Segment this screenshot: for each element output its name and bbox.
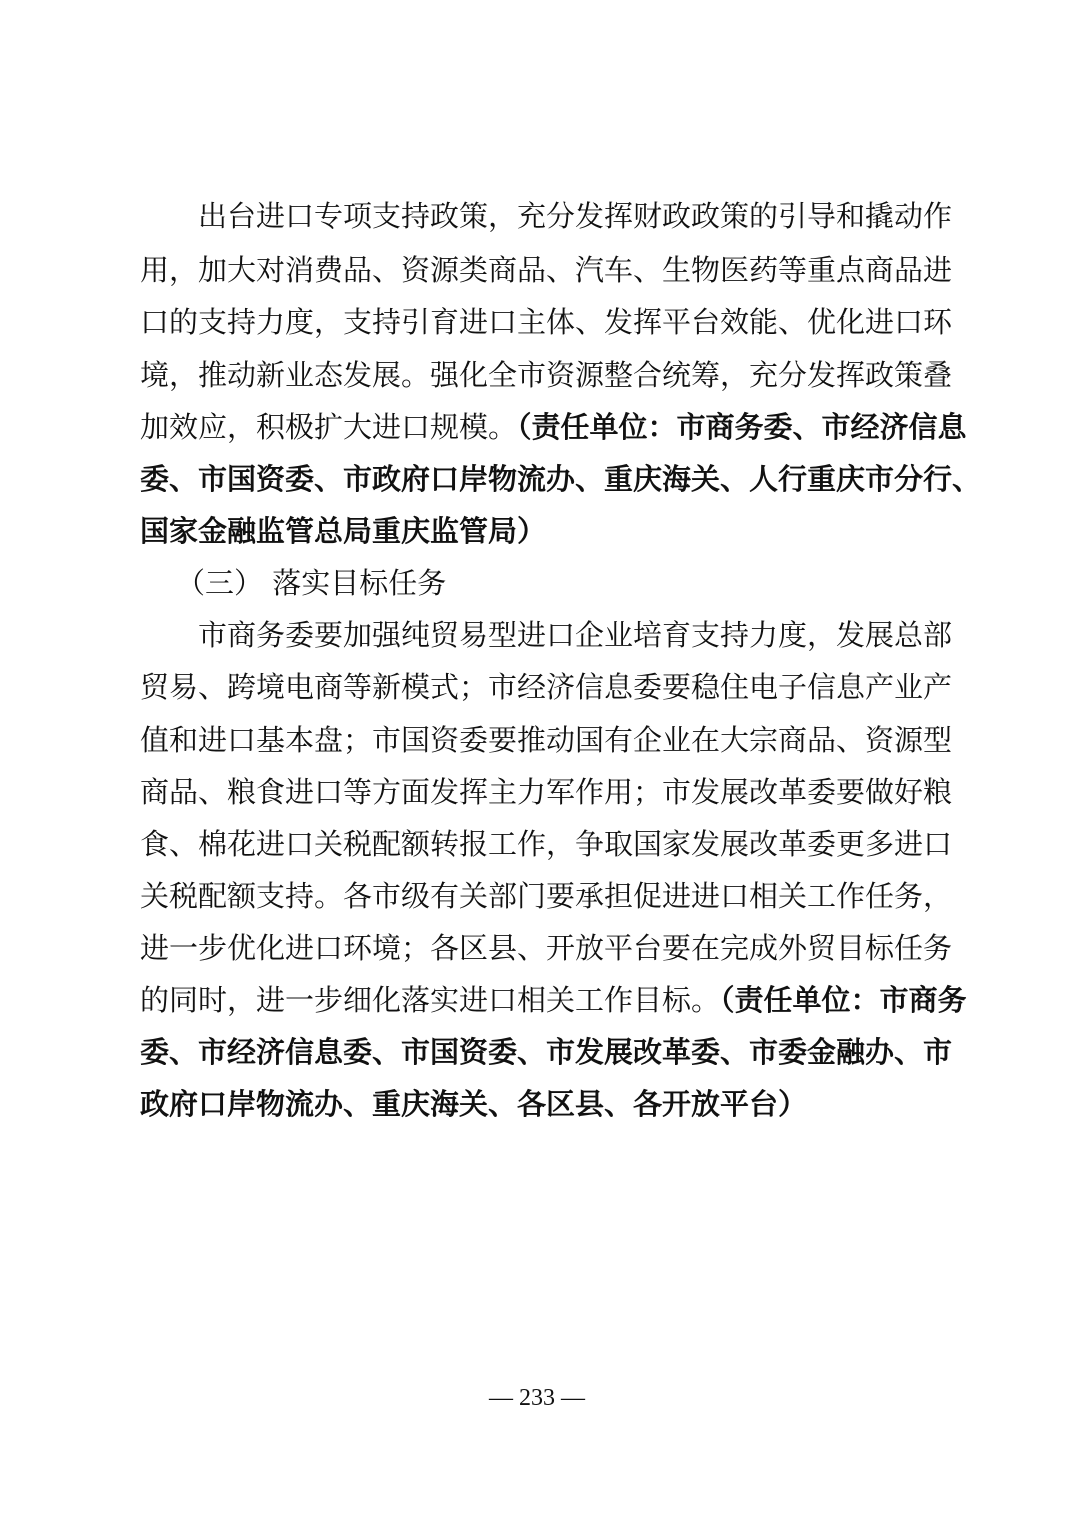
responsible-units-1-start: （责任单位：市商务委、市经济信息 (517, 410, 967, 444)
responsible-units-1-line-2: 委、市国资委、市政府口岸物流办、重庆海关、人行重庆市分行、 (140, 459, 940, 499)
paragraph-1-line-5-text: 加效应，积极扩大进口规模。 (140, 410, 517, 444)
responsible-units-2-line-2: 委、市经济信息委、市国资委、市发展改革委、市委金融办、市 (140, 1032, 940, 1072)
responsible-units-2-start: （责任单位：市商务 (720, 983, 967, 1017)
paragraph-2-line-5: 食、棉花进口关税配额转报工作，争取国家发展改革委更多进口 (140, 824, 940, 864)
responsible-units-2-line-3: 政府口岸物流办、重庆海关、各区县、各开放平台） (140, 1084, 940, 1124)
paragraph-2-line-4: 商品、粮食进口等方面发挥主力军作用；市发展改革委要做好粮 (140, 772, 940, 812)
paragraph-2-line-7: 进一步优化进口环境；各区县、开放平台要在完成外贸目标任务 (140, 928, 940, 968)
responsible-units-1-line-3: 国家金融监管总局重庆监管局） (140, 511, 940, 551)
paragraph-1-line-4: 境，推动新业态发展。强化全市资源整合统筹，充分发挥政策叠 (140, 355, 940, 395)
paragraph-2-line-3: 值和进口基本盘；市国资委要推动国有企业在大宗商品、资源型 (140, 720, 940, 760)
paragraph-2-line-2: 贸易、跨境电商等新模式；市经济信息委要稳住电子信息产业产 (140, 667, 940, 707)
paragraph-2-line-8-text: 的同时，进一步细化落实进口相关工作目标。 (140, 983, 720, 1017)
paragraph-1-line-2: 用，加大对消费品、资源类商品、汽车、生物医药等重点商品进 (140, 250, 940, 290)
paragraph-2-line-1: 市商务委要加强纯贸易型进口企业培育支持力度，发展总部 (198, 615, 940, 655)
paragraph-1-line-3: 口的支持力度，支持引育进口主体、发挥平台效能、优化进口环 (140, 302, 940, 342)
section-heading: （三） 落实目标任务 (176, 563, 446, 603)
page-number: — 233 — (0, 1385, 1074, 1412)
paragraph-1-line-1: 出台进口专项支持政策，充分发挥财政政策的引导和撬动作 (198, 196, 940, 236)
document-page: 出台进口专项支持政策，充分发挥财政政策的引导和撬动作 用，加大对消费品、资源类商… (0, 0, 1074, 1520)
paragraph-2-line-6: 关税配额支持。各市级有关部门要承担促进进口相关工作任务， (140, 876, 940, 916)
paragraph-2-line-8: 的同时，进一步细化落实进口相关工作目标。（责任单位：市商务 (140, 980, 940, 1020)
paragraph-1-line-5: 加效应，积极扩大进口规模。（责任单位：市商务委、市经济信息 (140, 407, 940, 447)
